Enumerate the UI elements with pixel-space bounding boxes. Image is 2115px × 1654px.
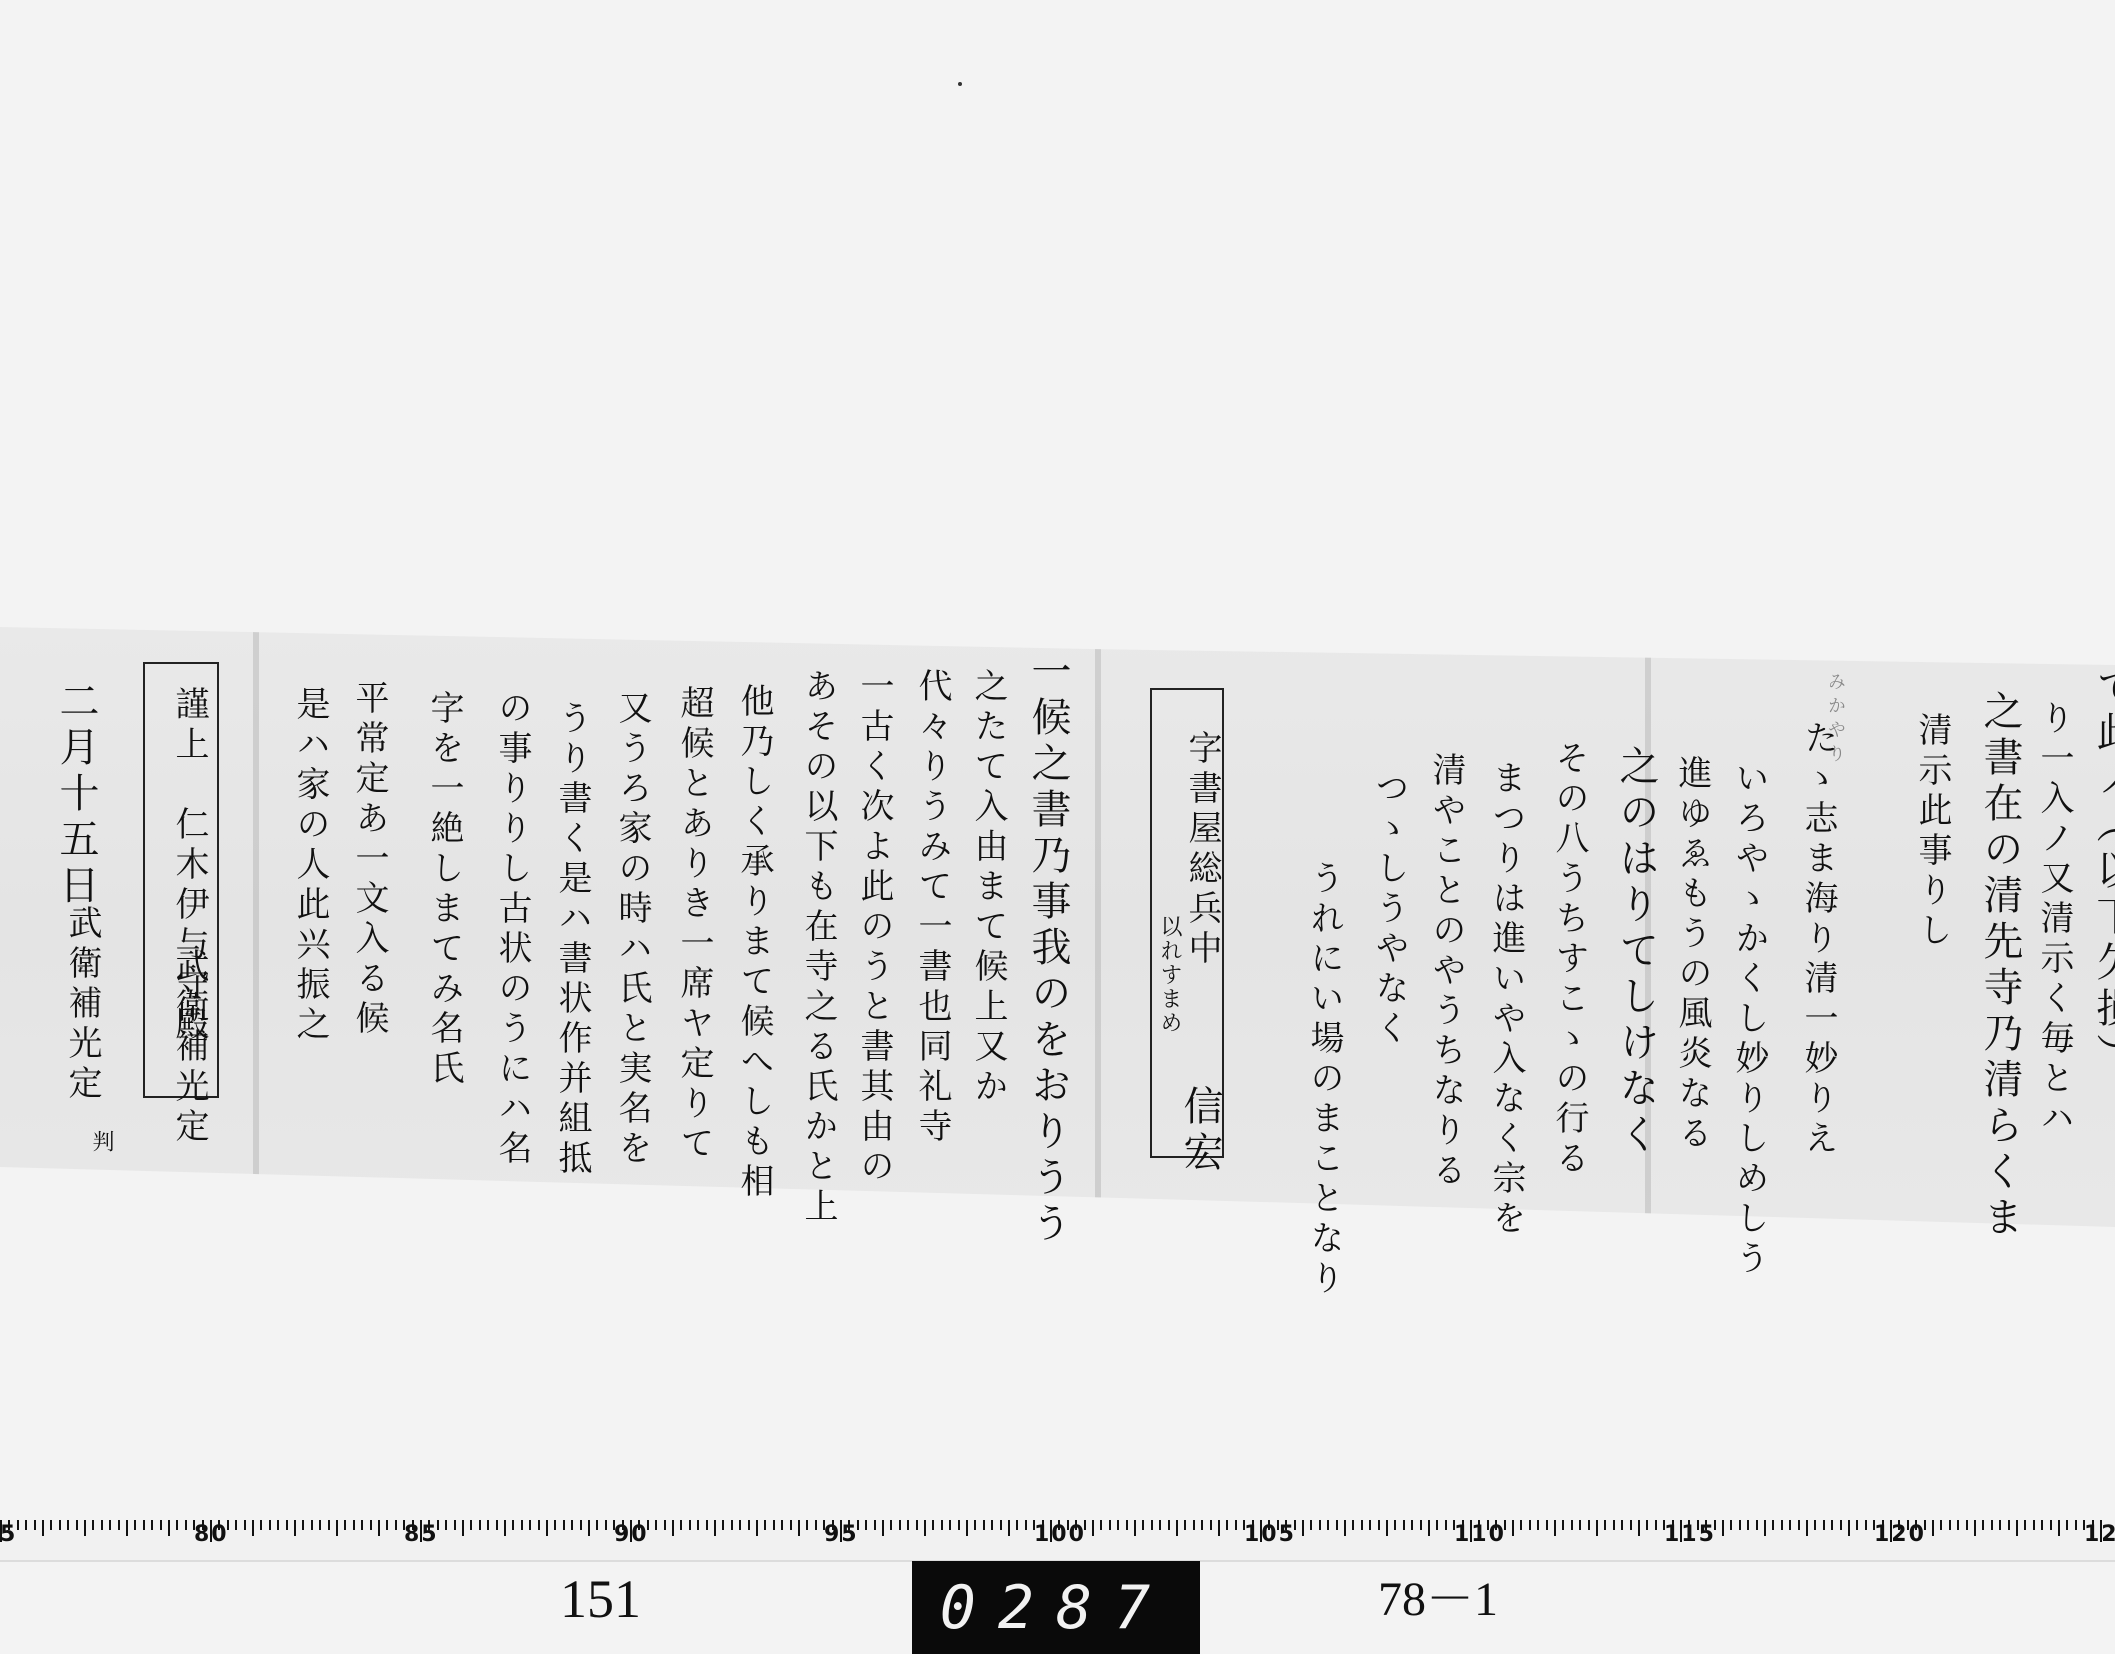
ruler-tick [672,1520,674,1536]
ruler-tick [454,1520,456,1530]
text-column: 代々りうみて一書也同礼寺 [908,668,957,1148]
ruler-label: 100 [1034,1522,1086,1547]
ruler-label: 120 [1874,1522,1926,1547]
ruler-tick [101,1520,103,1530]
ruler-tick [1596,1520,1598,1536]
text-column: て此ノ（以下欠損） [2085,665,2115,1079]
text-column: 平常定あ一文入る候 [345,680,394,1040]
ruler-tick [109,1520,111,1530]
ruler-tick [571,1520,573,1530]
ruler-tick [1520,1520,1522,1530]
ruler-tick [1621,1520,1623,1530]
ruler-tick [1806,1520,1808,1536]
signature: 武衛補光定 [58,905,107,1105]
frame-number-right: 78－1 [1378,1560,1498,1629]
ruler-tick [605,1520,607,1530]
ruler-tick [890,1520,892,1530]
text-column: り一入ノ又清示く毎とハ [2030,700,2079,1140]
ruler-label: 5 [0,1522,17,1547]
text-column: まつりは進いや入なく宗を [1482,760,1531,1240]
ruler-label: 95 [824,1522,859,1547]
ruler-tick [546,1520,548,1536]
ruler-tick [689,1520,691,1530]
ruler-tick [286,1520,288,1530]
ruler-tick [445,1520,447,1530]
ruler-tick [361,1520,363,1530]
ruler-tick [1823,1520,1825,1530]
ruler-tick [479,1520,481,1530]
ruler-tick [126,1520,128,1536]
ruler-tick [974,1520,976,1530]
ruler-tick [1814,1520,1816,1530]
ruler-tick [512,1520,514,1530]
sender-signature: 信宏 [1172,1085,1229,1177]
ruler-tick [59,1520,61,1530]
ruler-tick [1420,1520,1422,1530]
ruler-tick [706,1520,708,1530]
ruler-tick [554,1520,556,1530]
ruler-tick [2016,1520,2018,1536]
ruler-tick [34,1520,36,1530]
ruler-tick [311,1520,313,1530]
ruler-tick [1840,1520,1842,1530]
ruler-tick [1781,1520,1783,1530]
ruler-tick [1638,1520,1640,1536]
ruler-tick [739,1520,741,1530]
ruler-tick [1999,1520,2001,1530]
ruler-tick [1554,1520,1556,1536]
ruler-tick [1562,1520,1564,1530]
ruler-tick [664,1520,666,1530]
ruler-tick [1865,1520,1867,1530]
ruler-tick [1336,1520,1338,1530]
ruler-tick [134,1520,136,1530]
text-column: つゝしうやなく [1365,770,1414,1050]
ruler-tick [1310,1520,1312,1530]
ruler-tick [1016,1520,1018,1530]
ruler-tick [731,1520,733,1530]
ruler-tick [1000,1520,1002,1530]
ruler-tick [764,1520,766,1530]
ruler-tick [244,1520,246,1530]
ruler-tick [386,1520,388,1530]
ruler-tick [874,1520,876,1530]
text-column: 一古く次よ此のうと書其由の [850,668,899,1188]
ruler-tick [580,1520,582,1530]
ruler-tick [1613,1520,1615,1530]
text-column: 他乃しく承りまて候へしも相 [730,683,779,1203]
ruler-tick [941,1520,943,1530]
ruler-tick [1445,1520,1447,1530]
ruler-tick [1210,1520,1212,1530]
ruler-tick [336,1520,338,1536]
paper-seam [1095,627,1101,1227]
ruler-tick [1848,1520,1850,1536]
ruler-tick [1344,1520,1346,1536]
ruler-label: 105 [1244,1522,1296,1547]
ruler-tick [563,1520,565,1530]
text-column: 之たて入由まて候上又か [964,668,1013,1108]
ruler-tick [756,1520,758,1536]
ruler-tick [1327,1520,1329,1530]
ruler-tick [1319,1520,1321,1530]
frame-counter: 0287 [912,1561,1200,1654]
ruler-tick [252,1520,254,1536]
ruler-tick [991,1520,993,1530]
ruler-tick [378,1520,380,1536]
ruler-tick [1092,1520,1094,1536]
ruler-tick [958,1520,960,1530]
ruler-tick [1184,1520,1186,1530]
ruler-tick [1100,1520,1102,1530]
ruler-tick [1722,1520,1724,1536]
ruler-tick [1512,1520,1514,1536]
ruler-tick [1949,1520,1951,1530]
ruler-tick [1982,1520,1984,1530]
ruler-tick [25,1520,27,1530]
ruler-tick [1126,1520,1128,1530]
text-column: 一候之書乃事我のをおりうう [1020,650,1077,1248]
text-column: 清示此事りし [1908,712,1957,952]
ruler-tick [1932,1520,1934,1536]
ruler-tick [1966,1520,1968,1530]
ruler-tick [1142,1520,1144,1530]
ruler-tick [1756,1520,1758,1530]
text-column: うり書く是ハ書状作并組抵 [548,700,597,1180]
ruler-tick [1386,1520,1388,1536]
ruler-tick [1235,1520,1237,1530]
ruler-tick [680,1520,682,1530]
ruler-tick [899,1520,901,1530]
ruler-tick [1940,1520,1942,1530]
ruler-tick [1537,1520,1539,1530]
ruler-tick [1957,1520,1959,1530]
ruler-tick [1117,1520,1119,1530]
ruler-tick [983,1520,985,1530]
ruler-tick [1201,1520,1203,1530]
ruler-tick [76,1520,78,1530]
addressee: 字書屋総兵中 [1178,730,1227,970]
ruler-tick [260,1520,262,1530]
ruler-tick [538,1520,540,1530]
ruler-tick [1747,1520,1749,1530]
ruler-tick [1008,1520,1010,1536]
ruler-tick [1168,1520,1170,1530]
ruler-tick [235,1520,237,1530]
ruler-tick [143,1520,145,1530]
ruler-tick [1655,1520,1657,1530]
ruler-tick [588,1520,590,1536]
text-column: 字を一絶しまてみ名氏 [420,690,469,1090]
ruler-tick [1369,1520,1371,1530]
ruler-tick [1579,1520,1581,1530]
date: 二月十五日 [48,680,105,910]
ruler-tick [1176,1520,1178,1536]
ruler-label: 110 [1454,1522,1506,1547]
ruler-tick [1764,1520,1766,1536]
ruler-tick [798,1520,800,1536]
ruler-tick [697,1520,699,1530]
ruler-tick [790,1520,792,1530]
ruler-tick [815,1520,817,1530]
ruler-tick [1378,1520,1380,1530]
ruler-tick [1856,1520,1858,1530]
ruler-tick [1974,1520,1976,1536]
text-column: の事りりし古状のうにハ名 [488,690,537,1170]
seal-mark: 判 [86,1130,117,1154]
ruler-tick [714,1520,716,1536]
text-column: 超候とありき一席ヤ定りて [670,685,719,1165]
text-column: 進ゆゑもうの風炎なる [1668,755,1717,1155]
paper-seam [253,627,259,1227]
ruler-tick [748,1520,750,1530]
ruler-tick [1025,1520,1027,1530]
ruler-tick [294,1520,296,1536]
ruler-tick [42,1520,44,1536]
ruler-tick [1546,1520,1548,1530]
ruler-tick [370,1520,372,1530]
ruler-tick [2008,1520,2010,1530]
ruler-tick [773,1520,775,1530]
frame-number-left: 151 [560,1568,641,1630]
ruler-tick [916,1520,918,1530]
ruler-tick [924,1520,926,1536]
ruler-tick [1226,1520,1228,1530]
ruler-tick [1831,1520,1833,1530]
ruler-tick [521,1520,523,1530]
ruler-tick [67,1520,69,1530]
ruler-tick [319,1520,321,1530]
text-column: 之のはりてしけなく [1608,745,1665,1159]
ruler-tick [781,1520,783,1530]
text-column: 清やことのやうちなりる [1422,752,1471,1192]
ruler-label: 90 [614,1522,649,1547]
ruler-tick [2033,1520,2035,1530]
sender-name: 武衛補光定 [165,948,214,1148]
ruler-tick [487,1520,489,1530]
ruler-tick [1218,1520,1220,1536]
ruler-tick [118,1520,120,1530]
ruler-tick [1134,1520,1136,1536]
ruler-tick [1159,1520,1161,1530]
ruler-tick [966,1520,968,1536]
ruler-tick [1193,1520,1195,1530]
ruler-tick [1151,1520,1153,1530]
text-column: うれにい場のまことなり [1300,860,1349,1300]
ruler-tick [1571,1520,1573,1530]
ruler-tick [344,1520,346,1530]
ruler-tick [655,1520,657,1530]
ruler-tick [1411,1520,1413,1530]
ruler-tick [504,1520,506,1536]
ruler-tick [1730,1520,1732,1530]
ruler-tick [2058,1520,2060,1536]
ruler-label: 85 [404,1522,439,1547]
dust-speck [958,82,962,86]
ruler-tick [1109,1520,1111,1530]
ruler-tick [168,1520,170,1536]
ruler-tick [328,1520,330,1530]
ruler-tick [1352,1520,1354,1530]
ruler-tick [1436,1520,1438,1530]
ruler-tick [1361,1520,1363,1530]
ruler-tick [1604,1520,1606,1530]
ruler-tick [1991,1520,1993,1530]
ruler-tick [596,1520,598,1530]
ruler-tick [1588,1520,1590,1530]
ruler-tick [92,1520,94,1530]
ruler-tick [1739,1520,1741,1530]
text-column: 又うろ家の時ハ氏と実名を [608,690,657,1170]
ruler-label: 125 [2084,1522,2115,1547]
ruler-tick [882,1520,884,1536]
ruler-tick [1646,1520,1648,1530]
ruler-tick [529,1520,531,1530]
ruler-tick [932,1520,934,1530]
ruler-tick [462,1520,464,1536]
ruler-tick [84,1520,86,1536]
ruler-tick [907,1520,909,1530]
ruler-tick [1630,1520,1632,1530]
ruler-tick [722,1520,724,1530]
text-column: たゝ志ま海り清一妙りえ [1794,720,1843,1160]
text-column: いろやゝかくし妙りしめしう [1725,760,1774,1280]
ruler-tick [302,1520,304,1530]
ruler-tick [160,1520,162,1530]
text-column: あその以下も在寺之る氏かと上 [794,668,843,1228]
measuring-ruler: 580859095100105110115120125 [0,1520,2115,1562]
ruler-tick [395,1520,397,1530]
ruler-tick [2041,1520,2043,1530]
ruler-tick [2066,1520,2068,1530]
ruler-label: 115 [1664,1522,1716,1547]
ruler-tick [865,1520,867,1530]
address-box-middle: 字書屋総兵中 以れすまめ 信宏 [1150,688,1224,1158]
ruler-tick [2024,1520,2026,1530]
addressee-sub: 以れすまめ [1154,915,1185,1035]
ruler-tick [1789,1520,1791,1530]
ruler-tick [1403,1520,1405,1530]
text-column: 是ハ家の人此兴振之 [286,686,335,1046]
ruler-tick [1302,1520,1304,1536]
ruler-tick [496,1520,498,1530]
ruler-tick [2075,1520,2077,1530]
text-column: 之書在の清先寺乃清らくま [1972,690,2029,1242]
ruler-tick [1529,1520,1531,1530]
ruler-tick [269,1520,271,1530]
ruler-tick [353,1520,355,1530]
ruler-label: 80 [194,1522,229,1547]
ruler-tick [806,1520,808,1530]
ruler-tick [1428,1520,1430,1536]
ruler-tick [185,1520,187,1530]
ruler-tick [1772,1520,1774,1530]
text-column: その八うちすこゝの行る [1545,740,1594,1180]
ruler-tick [949,1520,951,1530]
ruler-tick [1394,1520,1396,1530]
ruler-tick [277,1520,279,1530]
ruler-tick [176,1520,178,1530]
ruler-tick [50,1520,52,1530]
ruler-tick [2050,1520,2052,1530]
ruler-tick [1798,1520,1800,1530]
ruler-tick [151,1520,153,1530]
ruler-tick [470,1520,472,1530]
